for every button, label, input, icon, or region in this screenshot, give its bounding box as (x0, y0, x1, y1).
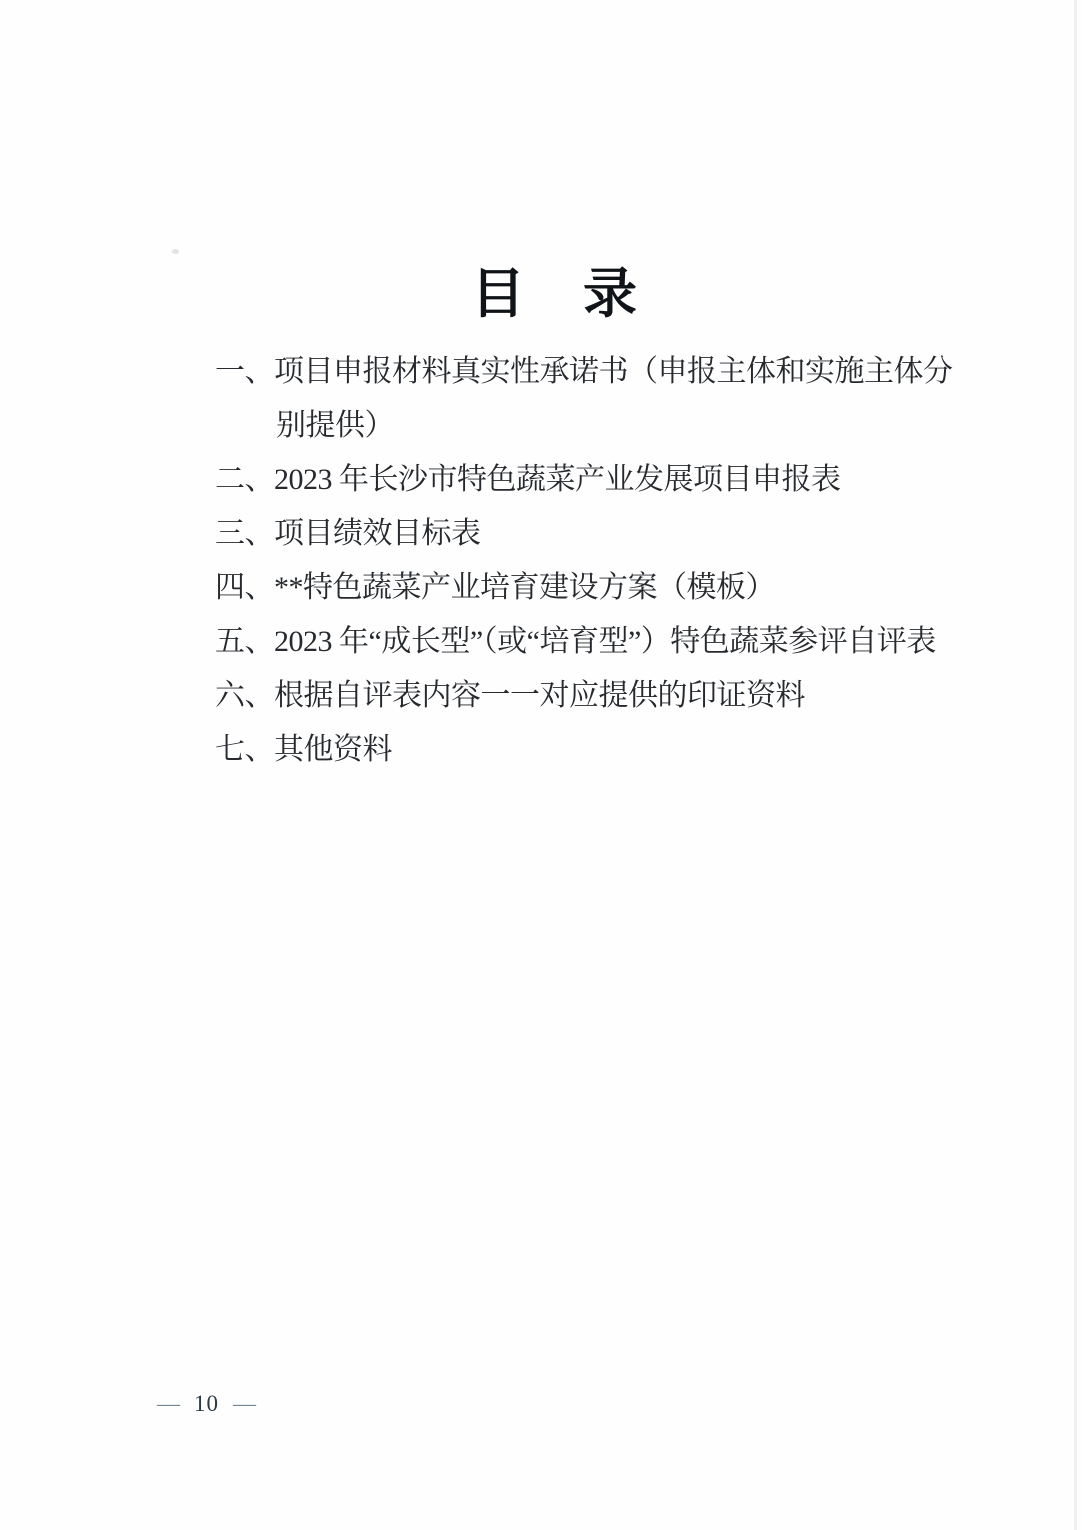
footer-dash-right: — (233, 1391, 256, 1416)
toc-item-1: 一、项目申报材料真实性承诺书（申报主体和实施主体分 别提供） (215, 345, 953, 453)
toc-item-3: 三、项目绩效目标表 (215, 507, 953, 561)
page-number: 10 (194, 1391, 219, 1416)
toc-item-5: 五、2023 年“成长型”（或“培育型”）特色蔬菜参评自评表 (215, 615, 953, 669)
scan-speck (172, 249, 179, 254)
toc-item-7: 七、其他资料 (215, 723, 953, 777)
page-footer: —10— (157, 1390, 256, 1418)
toc-item-2: 二、2023 年长沙市特色蔬菜产业发展项目申报表 (215, 453, 953, 507)
toc-list: 一、项目申报材料真实性承诺书（申报主体和实施主体分 别提供） 二、2023 年长… (215, 345, 953, 777)
scan-edge-line (1074, 0, 1077, 1530)
document-page: 目 录 一、项目申报材料真实性承诺书（申报主体和实施主体分 别提供） 二、202… (0, 0, 1082, 1530)
toc-item-6: 六、根据自评表内容一一对应提供的印证资料 (215, 669, 953, 723)
toc-item-4: 四、**特色蔬菜产业培育建设方案（模板） (215, 561, 953, 615)
page-title: 目 录 (0, 258, 1082, 330)
footer-dash-left: — (157, 1391, 180, 1416)
